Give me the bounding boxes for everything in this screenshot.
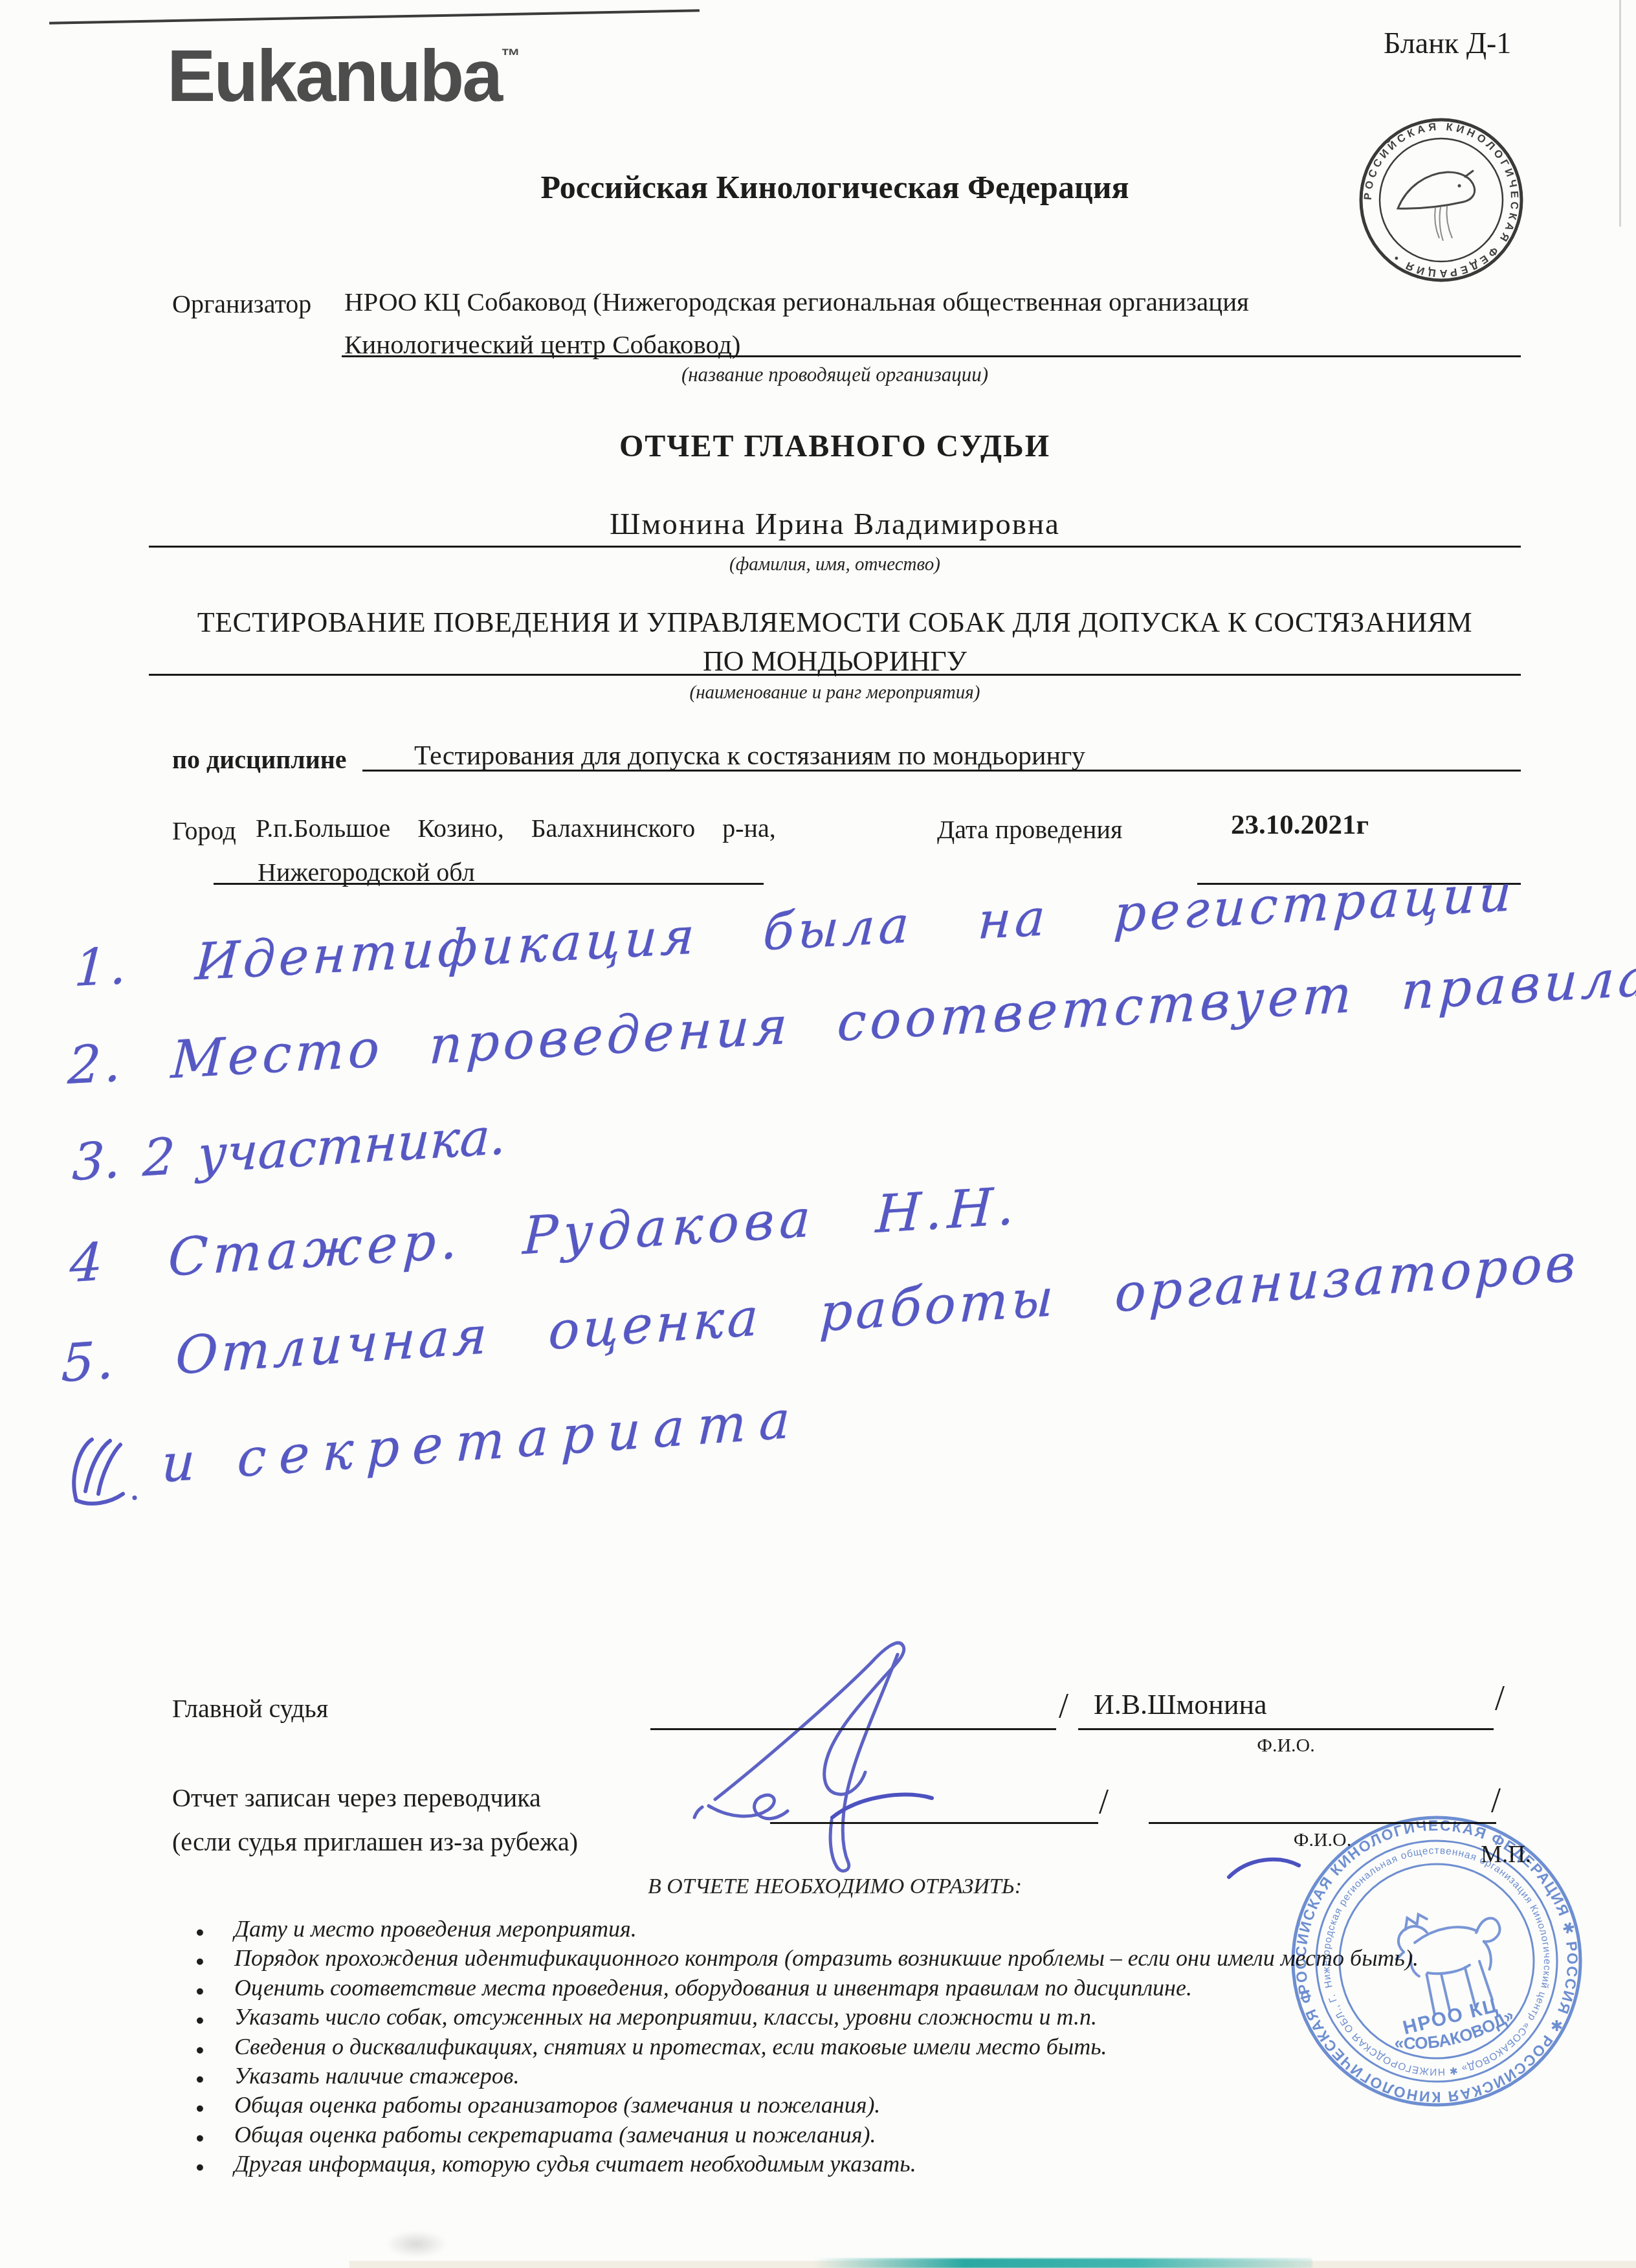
judge-role-label: Главной судья [172, 1693, 328, 1724]
scan-artifact-top-line [49, 9, 700, 24]
signature-icon [605, 1592, 974, 1903]
translator-slash-separator: / [1099, 1781, 1109, 1821]
scan-teal-strip [814, 2258, 1312, 2268]
judge-fio-hint: Ф.И.О. [1078, 1735, 1494, 1757]
pen-swoosh-icon [827, 1786, 940, 1827]
judge-signature [605, 1592, 974, 1903]
judge-signature-underline [650, 1728, 1056, 1730]
event-hint: (наименование и ранг мероприятия) [149, 682, 1521, 704]
organizer-underline [342, 355, 1521, 357]
translator-pen-swoosh [827, 1786, 940, 1827]
judge-paraph [62, 1421, 153, 1518]
judge-name-hint: (фамилия, имя, отчество) [149, 554, 1521, 575]
emblem-shading [1435, 206, 1452, 241]
scan-artifact-right-edge [1619, 0, 1621, 227]
scanned-judge-report-page: Eukanuba™ Бланк Д-1 РОССИЙСКАЯ КИНОЛОГИЧ… [0, 0, 1636, 2268]
event-title-line2: ПО МОНДЬОРИНГУ [149, 645, 1521, 678]
city-value-line1: Р.п.Большое Козино, Балахнинского р-на, [256, 813, 776, 843]
paraph-icon [62, 1421, 153, 1518]
discipline-value: Тестирования для допуска к состязаниям п… [414, 740, 1085, 772]
handwritten-note-3: 3. 2 участника. [71, 1107, 507, 1192]
handwritten-note-4: 4 Стажер. Рудакова Н.Н. [69, 1175, 1021, 1294]
organizer-value-line1: НРОО КЦ Собаковод (Нижегородская региона… [344, 286, 1249, 317]
organizer-hint: (название проводящей организации) [149, 363, 1521, 386]
slash-separator: / [1059, 1685, 1068, 1726]
judge-fio-value: И.В.Шмонина [1094, 1688, 1267, 1721]
translator-label-line2: (если судья приглашен из-за рубежа) [172, 1827, 578, 1857]
slash-trailing: / [1495, 1678, 1505, 1718]
discipline-underline [362, 770, 1521, 772]
event-title-line1: ТЕСТИРОВАНИЕ ПОВЕДЕНИЯ И УПРАВЛЯЕМОСТИ С… [149, 606, 1521, 639]
discipline-label: по дисциплине [172, 744, 347, 775]
report-title: ОТЧЕТ ГЛАВНОГО СУДЬИ [149, 428, 1521, 464]
eukanuba-logo-text: Eukanuba [167, 35, 501, 117]
trademark-icon: ™ [501, 45, 520, 67]
judge-name: Шмонина Ирина Владимировна [149, 507, 1521, 542]
translator-label-line1: Отчет записан через переводчика [172, 1783, 541, 1813]
date-label: Дата проведения [937, 814, 1122, 845]
instruction-item: Другая информация, которую судья считает… [194, 2150, 1553, 2179]
translator-signature-underline [770, 1822, 1098, 1824]
judge-fio-underline [1078, 1728, 1494, 1730]
date-value: 23.10.2021г [1231, 809, 1369, 841]
eukanuba-logo: Eukanuba™ [167, 34, 520, 118]
form-code: Бланк Д-1 [1384, 26, 1511, 60]
organizer-label: Организатор [172, 289, 311, 319]
city-underline [214, 883, 764, 885]
federation-header: Российская Кинологическая Федерация [149, 168, 1521, 206]
scan-smudge [386, 2230, 447, 2258]
judge-name-underline [149, 546, 1521, 548]
city-label: Город [172, 816, 236, 846]
handwritten-note-5b: и секретариата [160, 1389, 804, 1495]
event-underline [149, 674, 1521, 676]
